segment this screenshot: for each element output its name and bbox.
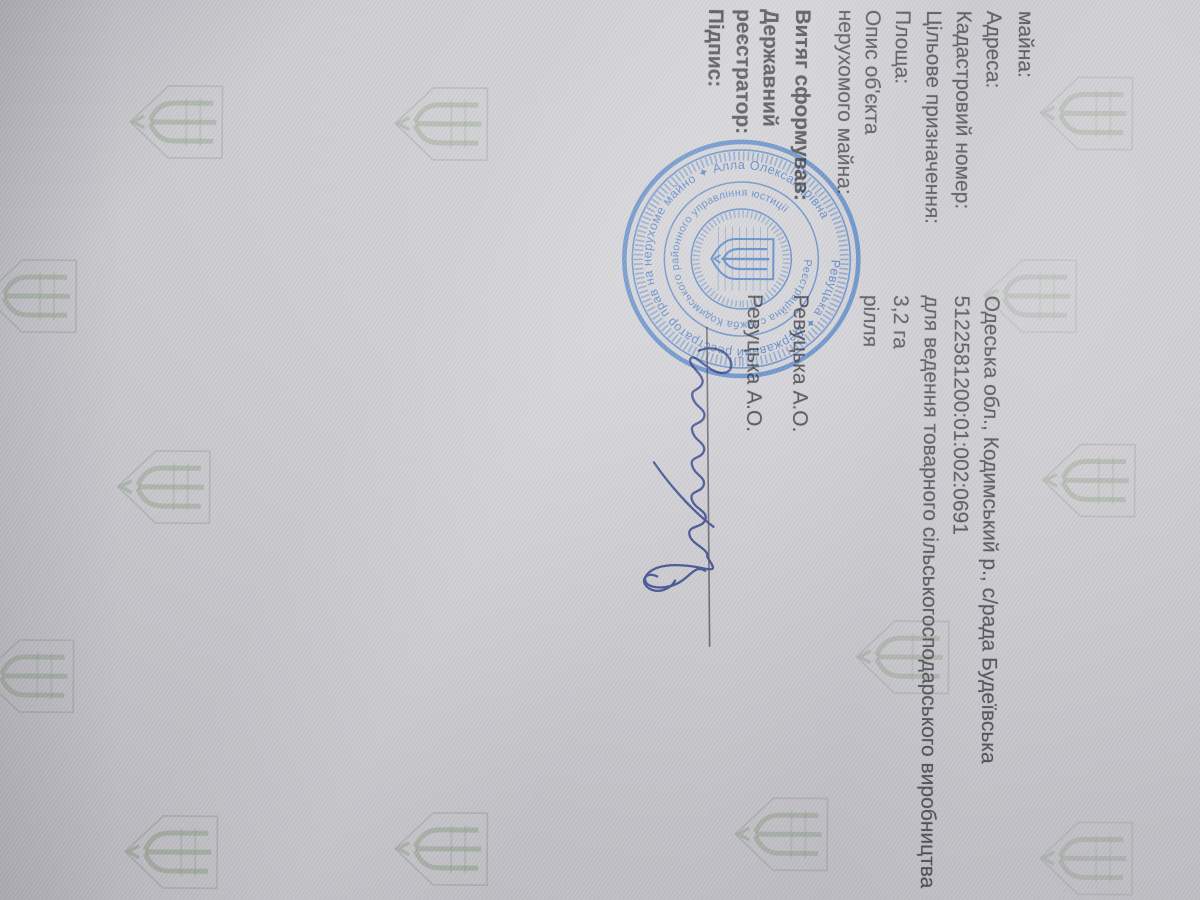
- field-label: Адреса:: [979, 11, 1008, 226]
- trident-watermark: [0, 630, 82, 723]
- stamp-trident-emblem-icon: [711, 227, 773, 291]
- document-sheet: майна: Адреса: Одеська обл., Кодимський …: [0, 0, 1200, 900]
- field-label: майна:: [1011, 11, 1040, 226]
- field-row-area: Площа: 3,2 га: [883, 10, 916, 898]
- trident-watermark: [389, 803, 496, 896]
- trident-watermark: [389, 78, 496, 171]
- field-value: для ведення товарного сільськогосподарсь…: [914, 295, 945, 888]
- field-label: Площа:: [888, 10, 917, 225]
- field-row-purpose: Цільове призначення: для ведення товарно…: [914, 10, 947, 898]
- trident-watermark: [1036, 434, 1143, 527]
- field-label: Кадастровий номер:: [949, 10, 978, 225]
- trident-watermark: [1034, 67, 1141, 160]
- field-value: Одеська обл., Кодимський р., с/рада Буде…: [975, 296, 1005, 764]
- trident-watermark: [0, 250, 84, 343]
- field-row: майна:: [1006, 11, 1039, 899]
- trident-watermark: [1034, 812, 1141, 900]
- field-row-address: Адреса: Одеська обл., Кодимський р., с/р…: [974, 11, 1007, 899]
- field-row-cadastral-number: Кадастровий номер: 5122581200:01:002:069…: [944, 10, 977, 898]
- trident-watermark: [111, 441, 218, 534]
- official-round-stamp: Ревуцька ✦ Державний реєстратор прав на …: [610, 128, 872, 390]
- field-label: Цільове призначення:: [919, 10, 948, 225]
- field-value: 3,2 га: [887, 295, 914, 349]
- document-photo: майна: Адреса: Одеська обл., Кодимський …: [0, 0, 1200, 900]
- trident-watermark: [124, 76, 231, 169]
- field-value: 5122581200:01:002:0691: [946, 295, 975, 535]
- trident-watermark: [119, 806, 226, 899]
